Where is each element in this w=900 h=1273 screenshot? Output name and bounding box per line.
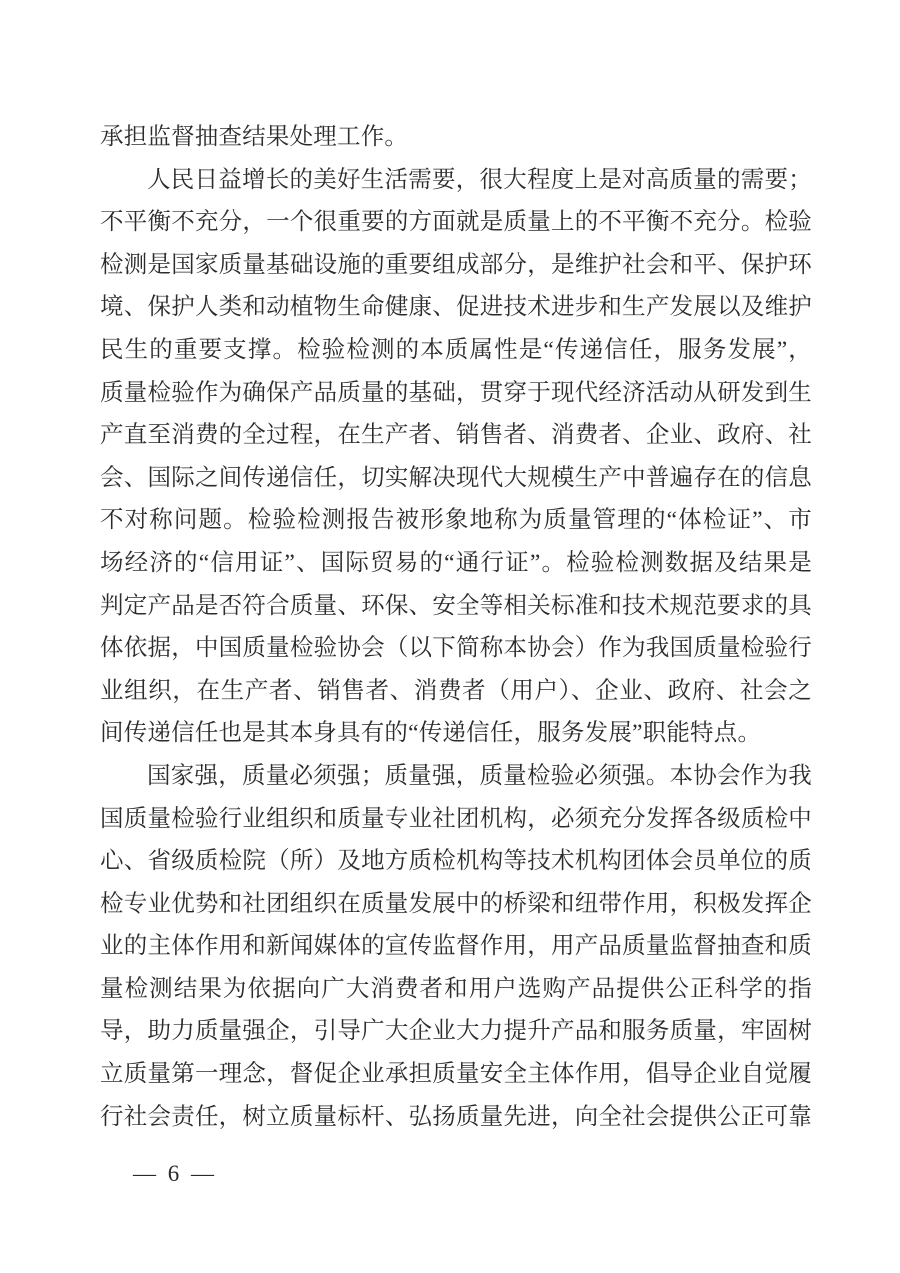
text-line: 检测是国家质量基础设施的重要组成部分，是维护社会和平、保护环 (100, 244, 812, 287)
text-line: 导，助力质量强企，引导广大企业大力提升产品和服务质量，牢固树 (100, 1010, 812, 1053)
text-line: 国质量检验行业组织和质量专业社团机构，必须充分发挥各级质检中 (100, 798, 812, 841)
text-line: 心、省级质检院（所）及地方质检机构等技术机构团体会员单位的质 (100, 840, 812, 883)
text-line: 境、保护人类和动植物生命健康、促进技术进步和生产发展以及维护 (100, 286, 812, 329)
text-line-paragraph-end: 间传递信任也是其本身具有的“传递信任，服务发展”职能特点。 (100, 712, 812, 755)
text-line: 不平衡不充分，一个很重要的方面就是质量上的不平衡不充分。检验 (100, 201, 812, 244)
text-line: 场经济的“信用证”、国际贸易的“通行证”。检验检测数据及结果是 (100, 542, 812, 585)
text-line: 产直至消费的全过程，在生产者、销售者、消费者、企业、政府、社 (100, 414, 812, 457)
text-line-paragraph-start: 国家强，质量必须强；质量强，质量检验必须强。本协会作为我 (100, 755, 812, 798)
text-line: 检专业优势和社团组织在质量发展中的桥梁和纽带作用，积极发挥企 (100, 883, 812, 926)
text-line: 体依据，中国质量检验协会（以下简称本协会）作为我国质量检验行 (100, 627, 812, 670)
text-line: 量检测结果为依据向广大消费者和用户选购产品提供公正科学的指 (100, 968, 812, 1011)
document-page: 承担监督抽查结果处理工作。 人民日益增长的美好生活需要，很大程度上是对高质量的需… (100, 116, 812, 1138)
text-line: 质量检验作为确保产品质量的基础，贯穿于现代经济活动从研发到生 (100, 372, 812, 415)
text-line: 判定产品是否符合质量、环保、安全等相关标准和技术规范要求的具 (100, 585, 812, 628)
text-line: 行社会责任，树立质量标杆、弘扬质量先进，向全社会提供公正可靠 (100, 1096, 812, 1139)
text-line: 不对称问题。检验检测报告被形象地称为质量管理的“体检证”、市 (100, 499, 812, 542)
text-line: 会、国际之间传递信任，切实解决现代大规模生产中普遍存在的信息 (100, 457, 812, 500)
page-number: — 6 — (133, 1153, 217, 1195)
text-line: 承担监督抽查结果处理工作。 (100, 116, 812, 159)
text-line-paragraph-start: 人民日益增长的美好生活需要，很大程度上是对高质量的需要； (100, 159, 812, 202)
text-line: 业组织，在生产者、销售者、消费者（用户）、企业、政府、社会之 (100, 670, 812, 713)
text-line: 立质量第一理念，督促企业承担质量安全主体作用，倡导企业自觉履 (100, 1053, 812, 1096)
text-line: 业的主体作用和新闻媒体的宣传监督作用，用产品质量监督抽查和质 (100, 925, 812, 968)
text-line: 民生的重要支撑。检验检测的本质属性是“传递信任，服务发展”， (100, 329, 812, 372)
